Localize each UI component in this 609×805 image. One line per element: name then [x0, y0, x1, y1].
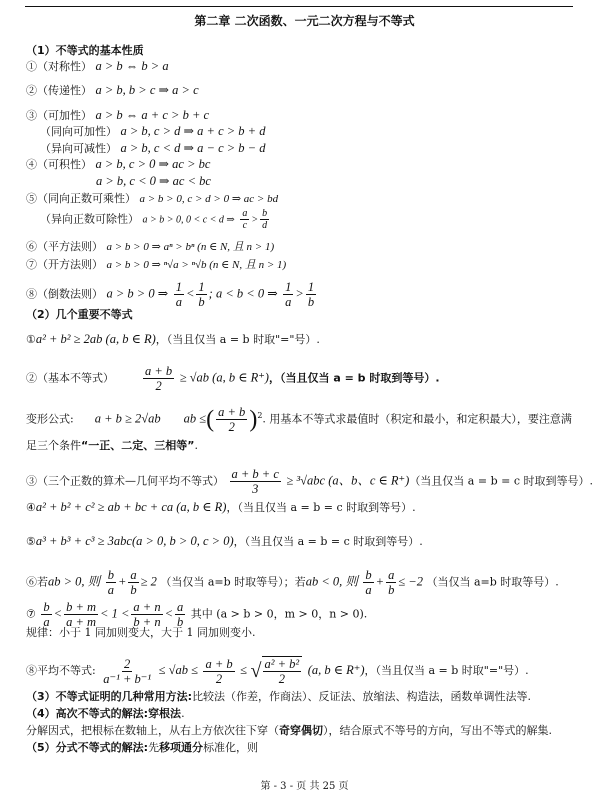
rule-text: 规律：小于 1 同加则变大，大于 1 同加则变小. — [26, 626, 255, 640]
section3: （3）不等式证明的几种常用方法:比较法（作差，作商法）、反证法、放缩法、构造法，… — [26, 690, 531, 704]
fraction: ab — [386, 568, 396, 597]
property-same-direction-add: （同向可加性） a > b, c > d ⇒ a + c > b + d — [40, 124, 266, 139]
inequality-1: ①a² + b² ≥ 2ab (a, b ∈ R)，（当且仅当 a = b 时取… — [26, 332, 320, 347]
inequality-basic: ②（基本不等式） a + b2 ≥ √ab (a, b ∈ R⁺)，（当且仅当 … — [26, 364, 440, 393]
fraction: ba — [106, 568, 116, 597]
property-additivity: ③（可加性） a > b ⇔ a + c > b + c — [26, 108, 209, 123]
inequality-4: ④a² + b² + c² ≥ ab + bc + ca (a, b ∈ R)，… — [26, 500, 416, 515]
property-multiplicativity-negative: a > b, c < 0 ⇒ ac < bc — [96, 174, 211, 189]
section5: （5）分式不等式的解法:先移项通分标准化，则 — [26, 741, 258, 755]
inequality-5: ⑤a³ + b³ + c³ ≥ 3abc(a > 0, b > 0, c > 0… — [26, 534, 423, 549]
inequality-am-gm-3: ③（三个正数的算术—几何平均不等式） a + b + c3 ≥ ³√abc (a… — [26, 467, 593, 496]
property-positive-divide: （异向正数可除性） a > b > 0, 0 < c < d ⇒ ac>bd — [40, 208, 271, 231]
fraction: ba — [41, 600, 51, 629]
chapter-title: 第二章 二次函数、一元二次方程与不等式 — [0, 12, 609, 29]
property-reciprocal-rule: ⑧（倒数法则） a > b > 0 ⇒ 1a<1b; a < b < 0 ⇒ 1… — [26, 280, 318, 309]
page-footer: 第 - 3 - 页 共 25 页 — [0, 777, 609, 792]
property-positive-multiply: ⑤（同向正数可乘性） a > b > 0, c > d > 0 ⇒ ac > b… — [26, 192, 278, 206]
variant-formula: 变形公式: a + b ≥ 2√ab ab ≤(a + b2)2. 用基本不等式… — [26, 405, 572, 434]
fraction: ab — [128, 568, 138, 597]
section1-heading: （1）不等式的基本性质 — [26, 44, 144, 58]
property-symmetry: ①（对称性） a > b ⇔ b > a — [26, 59, 169, 74]
inequality-6: ⑥若ab > 0, 则 ba+ab≥ 2 （当仅当 a=b 时取等号）；若ab … — [26, 568, 559, 597]
inequality-7: ⑦ ba<b + ma + m< 1 <a + nb + n<ab 其中 (a … — [26, 600, 367, 629]
property-root-rule: ⑦（开方法则） a > b > 0 ⇒ ⁿ√a > ⁿ√b (n ∈ N, 且 … — [26, 258, 286, 272]
header-rule — [25, 6, 573, 7]
fraction: ab — [175, 600, 185, 629]
property-opposite-direction-sub: （异向可减性） a > b, c < d ⇒ a − c > b − d — [40, 141, 266, 156]
fraction: 1b — [196, 280, 206, 309]
section2-heading: （2）几个重要不等式 — [26, 308, 133, 322]
fraction: 1b — [306, 280, 316, 309]
fraction: ba — [363, 568, 373, 597]
fraction: b + ma + m — [64, 600, 98, 629]
fraction: a + b2 — [143, 364, 174, 393]
fraction: bd — [260, 208, 269, 231]
fraction: 1a — [283, 280, 293, 309]
property-square-rule: ⑥（平方法则） a > b > 0 ⇒ aⁿ > bⁿ (n ∈ N, 且 n … — [26, 240, 274, 254]
property-multiplicativity: ④（可积性） a > b, c > 0 ⇒ ac > bc — [26, 157, 210, 172]
section4-heading: （4）高次不等式的解法:穿根法. — [26, 707, 185, 721]
inequality-mean: ⑧平均不等式: 2a⁻¹ + b⁻¹ ≤ √ab ≤ a + b2 ≤ √a² … — [26, 656, 529, 686]
fraction: a + nb + n — [131, 600, 162, 629]
fraction: a + b + c3 — [230, 467, 281, 496]
fraction: 1a — [174, 280, 184, 309]
sqrt-fraction: a² + b²2 — [262, 656, 303, 686]
fraction: ac — [240, 208, 249, 231]
variant-conditions: 足三个条件“一正、二定、三相等”. — [26, 439, 198, 453]
fraction: a + b2 — [203, 657, 234, 686]
section4-text: 分解因式，把根标在数轴上，从右上方依次往下穿（奇穿偶切），结合原式不等号的方向，… — [26, 724, 552, 738]
fraction: a + b2 — [216, 405, 247, 434]
property-transitivity: ②（传递性） a > b, b > c ⇒ a > c — [26, 83, 199, 98]
fraction: 2a⁻¹ + b⁻¹ — [101, 657, 153, 686]
